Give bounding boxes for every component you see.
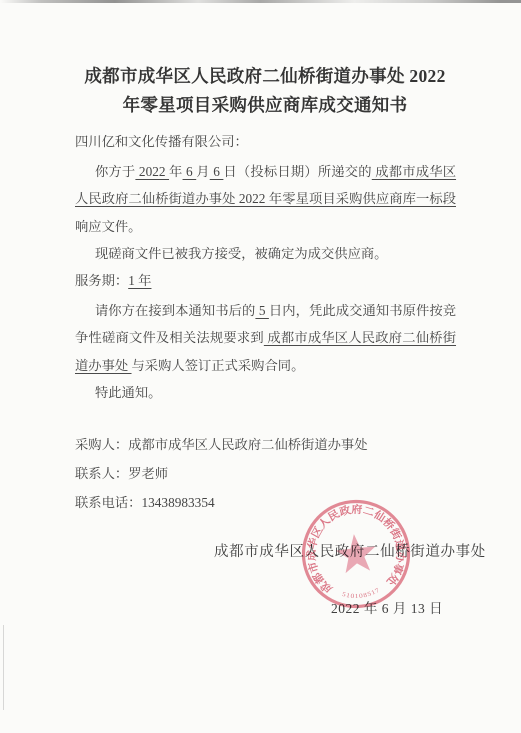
contact-phone-label: 联系电话： xyxy=(75,495,141,510)
text-run: 响应文件。 xyxy=(75,219,141,234)
scan-artifact-left xyxy=(3,625,4,710)
filled-bid-month: 6 xyxy=(183,164,197,179)
contact-person-line: 联系人：罗老师 xyxy=(75,459,456,488)
text-run: 请你方在接到本通知书后的 xyxy=(95,303,255,318)
filled-service-period: 1 年 xyxy=(128,273,151,288)
buyer-line: 采购人：成都市成华区人民政府二仙桥街道办事处 xyxy=(75,430,456,459)
text-run: 你方于 xyxy=(95,164,135,179)
text-run: 与采购人签订正式采购合同。 xyxy=(132,358,305,373)
contact-person-label: 联系人： xyxy=(75,466,128,481)
buyer-value: 成都市成华区人民政府二仙桥街道办事处 xyxy=(128,437,367,452)
document-title: 成都市成华区人民政府二仙桥街道办事处 2022 年零星项目采购供应商库成交通知书 xyxy=(65,62,465,120)
filled-days: 5 xyxy=(255,303,268,318)
title-line-1: 成都市成华区人民政府二仙桥街道办事处 2022 xyxy=(65,62,465,91)
contact-block: 采购人：成都市成华区人民政府二仙桥街道办事处 联系人：罗老师 联系电话：1343… xyxy=(75,430,456,517)
contact-phone-line: 联系电话：13438983354 xyxy=(75,488,456,517)
filled-bid-day: 6 xyxy=(210,164,224,179)
text-run: 日（投标日期）所递交的 xyxy=(223,164,371,179)
document-body: 四川亿和文化传播有限公司： 你方于 2022 年 6 月 6 日（投标日期）所递… xyxy=(75,128,456,406)
document-page: 成都市成华区人民政府二仙桥街道办事处 2022 年零星项目采购供应商库成交通知书… xyxy=(0,0,521,733)
recipient-line: 四川亿和文化传播有限公司： xyxy=(75,128,456,155)
contact-person-value: 罗老师 xyxy=(128,466,168,481)
notice-line: 特此通知。 xyxy=(75,379,456,406)
signoff-organization: 成都市成华区人民政府二仙桥街道办事处 xyxy=(214,540,486,561)
filled-bid-year: 2022 xyxy=(135,164,169,179)
signoff-date: 2022 年 6 月 13 日 xyxy=(331,597,443,617)
paragraph-acceptance: 现磋商文件已被我方接受，被确定为成交供应商。 xyxy=(75,240,456,267)
paragraph-submission: 你方于 2022 年 6 月 6 日（投标日期）所递交的 成都市成华区人民政府二… xyxy=(75,158,456,240)
scan-artifact-top xyxy=(0,0,521,3)
service-period-line: 服务期：1 年 xyxy=(75,267,456,294)
contact-phone-value: 13438983354 xyxy=(141,495,214,510)
service-period-label: 服务期： xyxy=(75,273,128,288)
title-line-2: 年零星项目采购供应商库成交通知书 xyxy=(65,91,465,120)
paragraph-contract: 请你方在接到本通知书后的 5 日内，凭此成交通知书原件按竞争性磋商文件及相关法规… xyxy=(75,297,456,379)
text-run: 月 xyxy=(196,164,210,179)
buyer-label: 采购人： xyxy=(75,437,128,452)
text-run: 年 xyxy=(169,164,183,179)
